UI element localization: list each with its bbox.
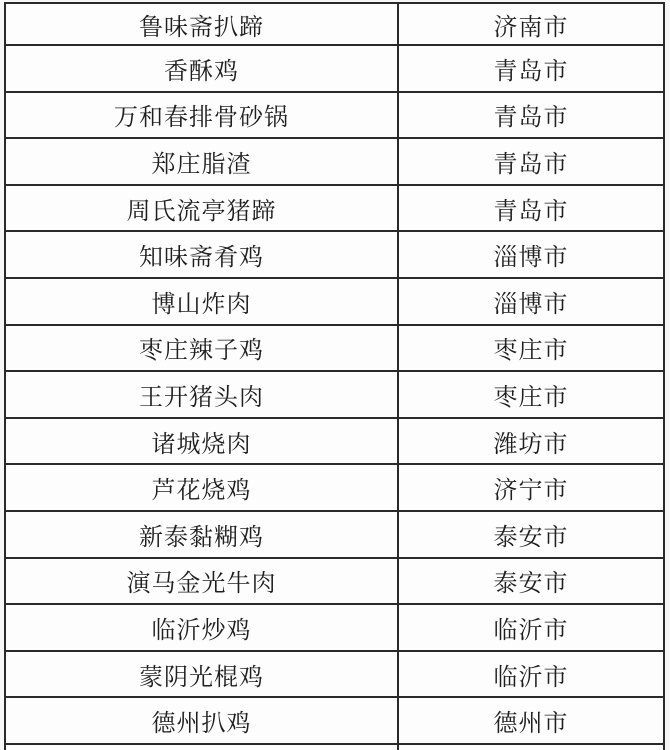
table-row: 万和春排骨砂锅 青岛市 (6, 93, 663, 140)
table-row: 鲁味斋扒蹄 济南市 (6, 4, 663, 46)
city-cell: 青岛市 (399, 186, 663, 231)
dish-name-cell: 演马金光牛肉 (6, 559, 399, 604)
city-cell: 济南市 (399, 4, 663, 44)
dish-name-cell: 枣庄辣子鸡 (6, 326, 399, 371)
table-row: 演马金光牛肉 泰安市 (6, 559, 663, 606)
table-row: 枣庄辣子鸡 枣庄市 (6, 326, 663, 373)
dish-name-cell: 周氏流亭猪蹄 (6, 186, 399, 231)
dish-name-cell: 临沂炒鸡 (6, 605, 399, 650)
table-row: 郑庄脂渣 青岛市 (6, 139, 663, 186)
city-cell: 青岛市 (399, 93, 663, 138)
city-cell: 淄博市 (399, 279, 663, 324)
dish-name-cell: 郑庄脂渣 (6, 139, 399, 184)
table-row: 香酥鸡 青岛市 (6, 46, 663, 93)
city-cell: 泰安市 (399, 512, 663, 557)
table-row: 诸城烧肉 潍坊市 (6, 419, 663, 466)
dish-name-cell (6, 745, 399, 750)
city-cell: 济宁市 (399, 465, 663, 510)
table-row: 德州扒鸡 德州市 (6, 698, 663, 745)
table-row: 知味斋肴鸡 淄博市 (6, 232, 663, 279)
table-row: 新泰黏糊鸡 泰安市 (6, 512, 663, 559)
city-cell: 青岛市 (399, 139, 663, 184)
table-row: 周氏流亭猪蹄 青岛市 (6, 186, 663, 233)
dish-name-cell: 香酥鸡 (6, 46, 399, 91)
table-row: 蒙阴光棍鸡 临沂市 (6, 652, 663, 699)
city-cell: 淄博市 (399, 232, 663, 277)
dish-name-cell: 鲁味斋扒蹄 (6, 4, 399, 44)
table-row-partial (6, 745, 663, 750)
city-cell: 德州市 (399, 698, 663, 743)
dish-name-cell: 万和春排骨砂锅 (6, 93, 399, 138)
dish-name-cell: 新泰黏糊鸡 (6, 512, 399, 557)
city-cell: 泰安市 (399, 559, 663, 604)
dish-name-cell: 王开猪头肉 (6, 372, 399, 417)
city-cell: 枣庄市 (399, 372, 663, 417)
dish-name-cell: 诸城烧肉 (6, 419, 399, 464)
table-row: 临沂炒鸡 临沂市 (6, 605, 663, 652)
dish-name-cell: 蒙阴光棍鸡 (6, 652, 399, 697)
table-row: 王开猪头肉 枣庄市 (6, 372, 663, 419)
dish-name-cell: 知味斋肴鸡 (6, 232, 399, 277)
dish-name-cell: 芦花烧鸡 (6, 465, 399, 510)
city-cell: 青岛市 (399, 46, 663, 91)
city-cell (399, 745, 663, 750)
table-row: 芦花烧鸡 济宁市 (6, 465, 663, 512)
dish-name-cell: 德州扒鸡 (6, 698, 399, 743)
dishes-table: 鲁味斋扒蹄 济南市 香酥鸡 青岛市 万和春排骨砂锅 青岛市 郑庄脂渣 青岛市 周… (4, 2, 665, 750)
table-row: 博山炸肉 淄博市 (6, 279, 663, 326)
dish-name-cell: 博山炸肉 (6, 279, 399, 324)
city-cell: 临沂市 (399, 605, 663, 650)
city-cell: 枣庄市 (399, 326, 663, 371)
city-cell: 潍坊市 (399, 419, 663, 464)
city-cell: 临沂市 (399, 652, 663, 697)
